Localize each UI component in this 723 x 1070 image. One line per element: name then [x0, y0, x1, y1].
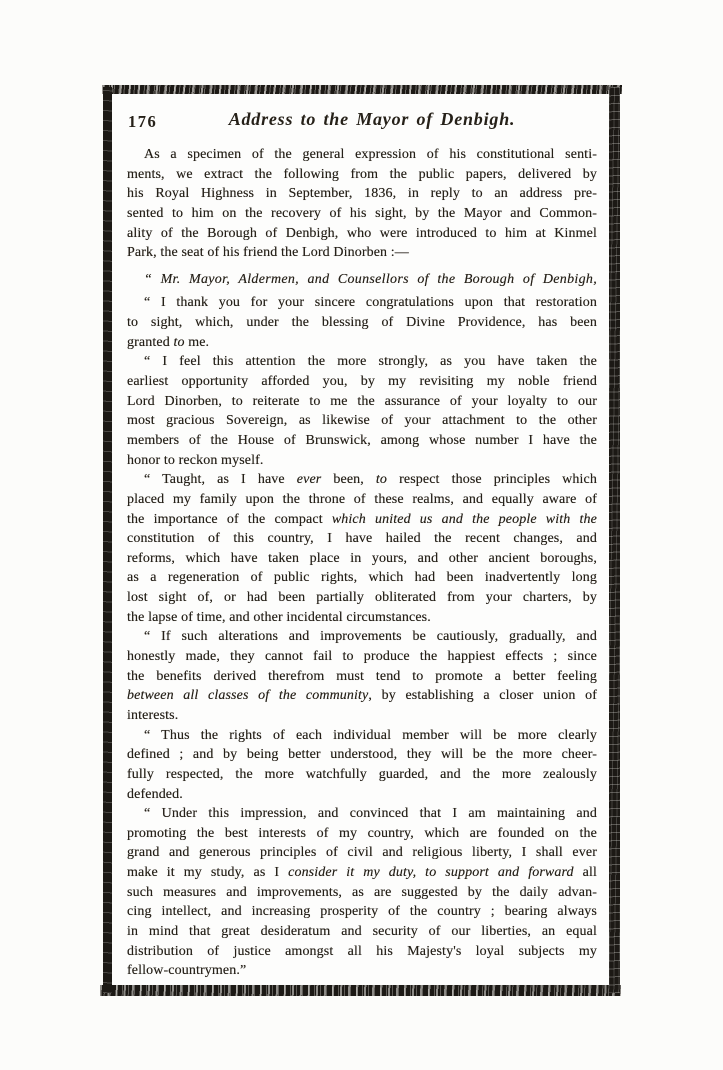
text-line: grand and generous principles of civil a…: [127, 845, 597, 865]
text-segment: earliest opportunity afforded you, by my…: [127, 374, 597, 389]
text-segment: lost sight of, or had been partially obl…: [127, 590, 597, 605]
text-line: interests.: [127, 708, 597, 728]
text-segment: his Royal Highness in September, 1836, i…: [127, 186, 597, 201]
text-segment: to sight, which, under the blessing of D…: [127, 315, 597, 330]
text-line: Park, the seat of his friend the Lord Di…: [127, 245, 597, 265]
text-segment: Lord Dinorben, to reiterate to me the as…: [127, 394, 597, 409]
text-line: “ Thus the rights of each individual mem…: [127, 728, 597, 748]
text-segment: grand and generous principles of civil a…: [127, 845, 597, 860]
text-line: fully respected, the more watchfully gua…: [127, 767, 597, 787]
paragraph: “ I thank you for your sincere congratul…: [127, 295, 597, 354]
text-line: members of the House of Brunswick, among…: [127, 433, 597, 453]
text-segment: placed my family upon the throne of thes…: [127, 492, 597, 507]
text-line: reforms, which have taken place in yours…: [127, 551, 597, 571]
text-line: such measures and improvements, as are s…: [127, 885, 597, 905]
emphasized-text: between all classes of the community: [127, 688, 368, 703]
emphasized-text: consider it my duty, to support and forw…: [288, 865, 574, 880]
page-header: 176 Address to the Mayor of Denbigh.: [127, 109, 597, 136]
text-segment: defined ; and by being better understood…: [127, 747, 597, 762]
text-line: “ If such alterations and improvements b…: [127, 629, 597, 649]
text-segment: promoting the best interests of my count…: [127, 826, 597, 841]
text-line: ments, we extract the following from the…: [127, 167, 597, 187]
decorative-page-border: 176 Address to the Mayor of Denbigh. As …: [103, 85, 620, 996]
text-line: defended.: [127, 787, 597, 807]
text-segment: “ Thus the rights of each individual mem…: [144, 728, 597, 743]
text-segment: been,: [321, 472, 376, 487]
paragraph: “ I feel this attention the more strongl…: [127, 354, 597, 472]
text-line: “ Mr. Mayor, Aldermen, and Counsellors o…: [127, 272, 597, 292]
text-line: as a regeneration of public rights, whic…: [127, 570, 597, 590]
text-line: the lapse of time, and other incidental …: [127, 610, 597, 630]
paragraph: “ Under this impression, and convinced t…: [127, 806, 597, 983]
text-segment: all: [574, 865, 597, 880]
text-segment: honestly made, they cannot fail to produ…: [127, 649, 597, 664]
text-segment: “ Taught, as I have: [144, 472, 297, 487]
text-line: cing intellect, and increasing prosperit…: [127, 904, 597, 924]
text-segment: honor to reckon myself.: [127, 453, 264, 468]
scanned-book-page: 176 Address to the Mayor of Denbigh. As …: [0, 0, 723, 1070]
border-right-rule: [609, 87, 620, 993]
text-line: “ I thank you for your sincere congratul…: [127, 295, 597, 315]
text-line: make it my study, as I consider it my du…: [127, 865, 597, 885]
text-line: fellow-countrymen.”: [127, 963, 597, 983]
salutation-paragraph: “ Mr. Mayor, Aldermen, and Counsellors o…: [127, 272, 597, 292]
text-line: to sight, which, under the blessing of D…: [127, 315, 597, 335]
text-line: distribution of justice amongst all his …: [127, 944, 597, 964]
text-line: granted to me.: [127, 335, 597, 355]
paragraph: “ Taught, as I have ever been, to respec…: [127, 472, 597, 629]
text-segment: “ If such alterations and improvements b…: [144, 629, 597, 644]
text-segment: granted: [127, 335, 173, 350]
emphasized-text: to: [173, 335, 184, 350]
text-segment: interests.: [127, 708, 178, 723]
text-segment: Park, the seat of his friend the Lord Di…: [127, 245, 409, 260]
text-segment: reforms, which have taken place in yours…: [127, 551, 597, 566]
text-segment: most gracious Sovereign, as likewise of …: [127, 413, 597, 428]
text-segment: distribution of justice amongst all his …: [127, 944, 597, 959]
text-line: promoting the best interests of my count…: [127, 826, 597, 846]
text-line: his Royal Highness in September, 1836, i…: [127, 186, 597, 206]
text-segment: As a specimen of the general expression …: [144, 147, 597, 162]
text-segment: , by establishing a closer union of: [368, 688, 597, 703]
text-line: Lord Dinorben, to reiterate to me the as…: [127, 394, 597, 414]
text-segment: defended.: [127, 787, 183, 802]
text-segment: “ I feel this attention the more strongl…: [144, 354, 597, 369]
emphasized-text: ever: [297, 472, 322, 487]
page-content: 176 Address to the Mayor of Denbigh. As …: [112, 94, 609, 985]
text-line: sented to him on the recovery of his sig…: [127, 206, 597, 226]
text-line: placed my family upon the throne of thes…: [127, 492, 597, 512]
text-line: earliest opportunity afforded you, by my…: [127, 374, 597, 394]
text-segment: cing intellect, and increasing prosperit…: [127, 904, 597, 919]
border-top-rule: [102, 85, 622, 94]
text-segment: the importance of the compact: [127, 512, 332, 527]
paragraph: “ Thus the rights of each individual mem…: [127, 728, 597, 807]
border-bottom-rule: [100, 985, 621, 996]
running-title: Address to the Mayor of Denbigh.: [167, 109, 577, 130]
text-segment: in mind that great desideratum and secur…: [127, 924, 597, 939]
text-segment: ments, we extract the following from the…: [127, 167, 597, 182]
text-segment: fully respected, the more watchfully gua…: [127, 767, 597, 782]
text-segment: the lapse of time, and other incidental …: [127, 610, 431, 625]
text-line: ality of the Borough of Denbigh, who wer…: [127, 226, 597, 246]
text-segment: me.: [185, 335, 210, 350]
text-segment: constitution of this country, I have hai…: [127, 531, 597, 546]
emphasized-text: to: [376, 472, 387, 487]
text-line: honestly made, they cannot fail to produ…: [127, 649, 597, 669]
text-line: lost sight of, or had been partially obl…: [127, 590, 597, 610]
emphasized-text: “ Mr. Mayor, Aldermen, and Counsellors o…: [144, 272, 597, 287]
text-line: As a specimen of the general expression …: [127, 147, 597, 167]
text-segment: respect those principles which: [387, 472, 597, 487]
text-line: constitution of this country, I have hai…: [127, 531, 597, 551]
page-body: As a specimen of the general expression …: [127, 147, 597, 983]
text-segment: make it my study, as I: [127, 865, 288, 880]
page-number: 176: [128, 112, 157, 132]
text-segment: fellow-countrymen.”: [127, 963, 246, 978]
paragraph: “ If such alterations and improvements b…: [127, 629, 597, 727]
text-segment: “ I thank you for your sincere congratul…: [144, 295, 597, 310]
text-line: “ Taught, as I have ever been, to respec…: [127, 472, 597, 492]
text-segment: such measures and improvements, as are s…: [127, 885, 597, 900]
border-left-rule: [103, 87, 112, 993]
text-line: in mind that great desideratum and secur…: [127, 924, 597, 944]
paragraph: As a specimen of the general expression …: [127, 147, 597, 265]
text-line: most gracious Sovereign, as likewise of …: [127, 413, 597, 433]
text-line: between all classes of the community, by…: [127, 688, 597, 708]
text-line: “ I feel this attention the more strongl…: [127, 354, 597, 374]
emphasized-text: which united us and the people with the: [332, 512, 597, 527]
text-segment: the benefits derived therefrom must tend…: [127, 669, 597, 684]
text-segment: as a regeneration of public rights, whic…: [127, 570, 597, 585]
text-segment: ality of the Borough of Denbigh, who wer…: [127, 226, 597, 241]
text-line: “ Under this impression, and convinced t…: [127, 806, 597, 826]
text-line: the importance of the compact which unit…: [127, 512, 597, 532]
text-line: honor to reckon myself.: [127, 453, 597, 473]
text-segment: members of the House of Brunswick, among…: [127, 433, 597, 448]
text-line: the benefits derived therefrom must tend…: [127, 669, 597, 689]
text-line: defined ; and by being better understood…: [127, 747, 597, 767]
text-segment: sented to him on the recovery of his sig…: [127, 206, 597, 221]
text-segment: “ Under this impression, and convinced t…: [144, 806, 597, 821]
